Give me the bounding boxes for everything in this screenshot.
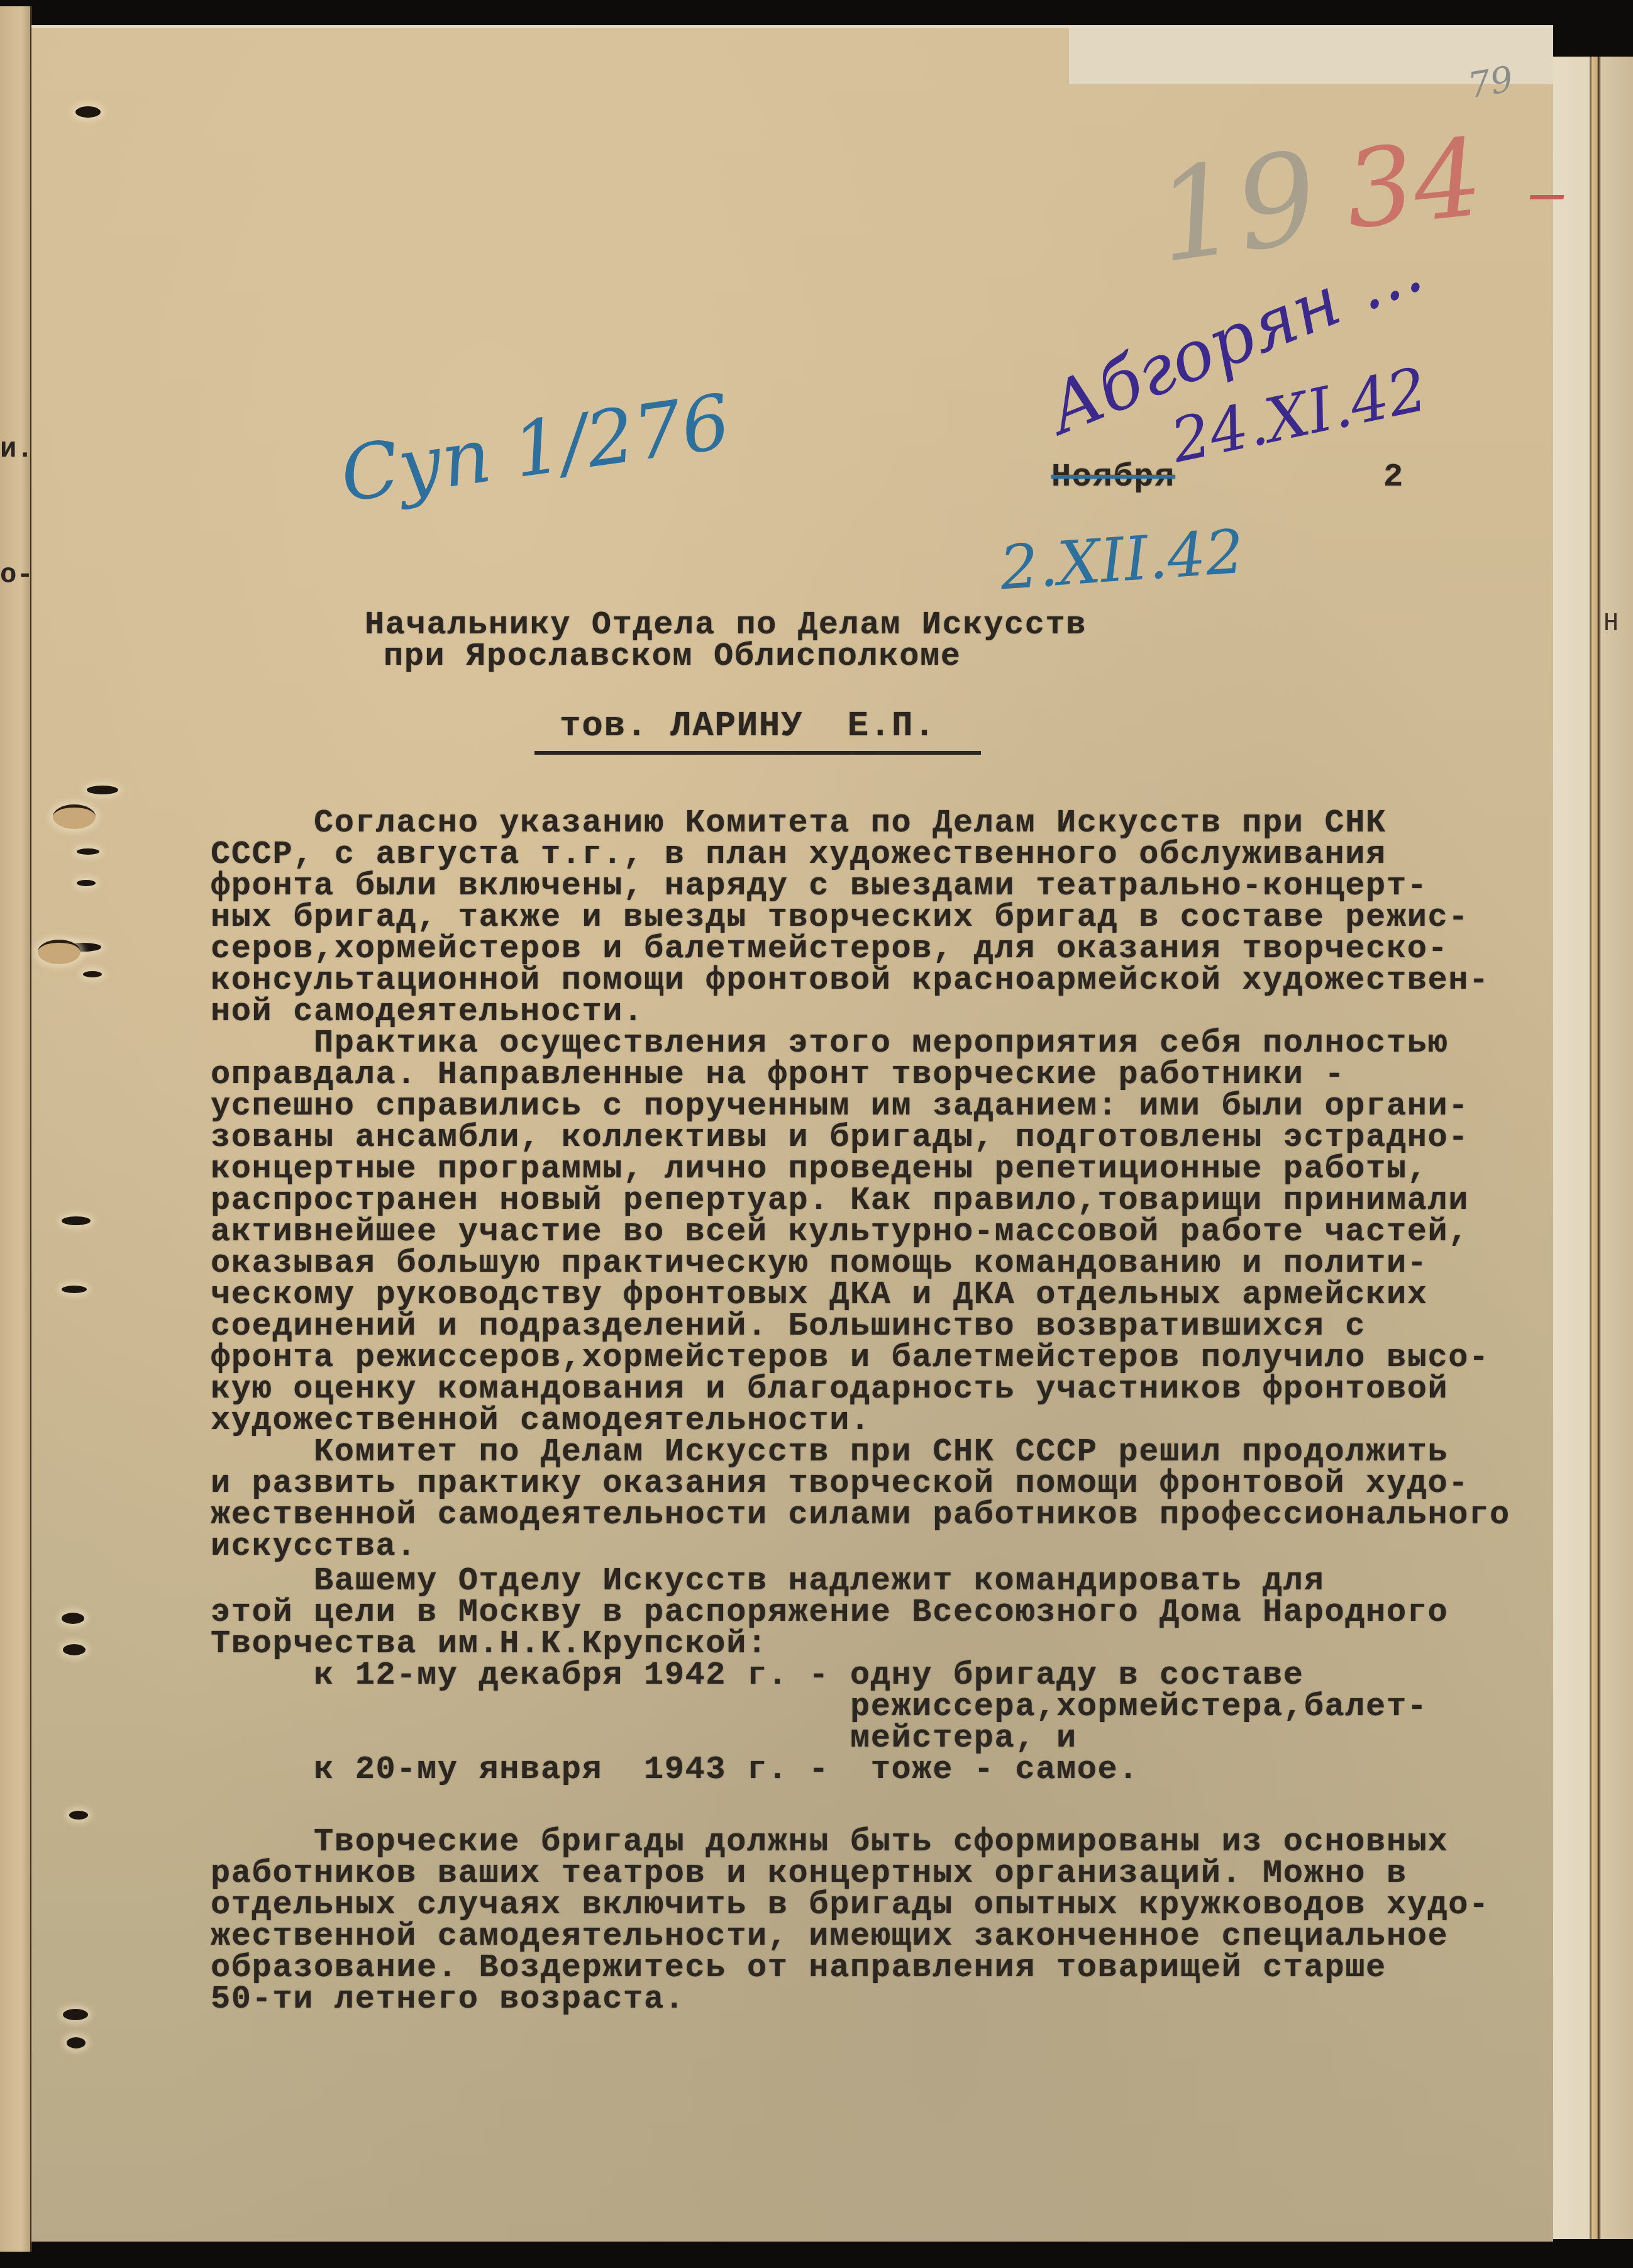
left-page-fragment: о- (0, 560, 33, 591)
text-line: кую оценку командования и благодарность … (211, 1374, 1448, 1405)
old-number-red: 34 (1339, 115, 1488, 253)
text-line: Комитет по Делам Искусств при СНК СССР р… (211, 1437, 1448, 1468)
text-line: 50-ти летнего возраста. (211, 1984, 685, 2015)
addressee-underline (534, 751, 981, 755)
document-sheet: 79 19 34 — Суп 1/276 Абгорян ... 24.XI.4… (31, 25, 1553, 2242)
punch-hole (53, 804, 96, 829)
sheet-number-pencil: 79 (1465, 58, 1516, 106)
text-line: ческому руководству фронтовых ДКА и ДКА … (211, 1279, 1428, 1311)
schedule-item: к 20-му января 1943 г. - тоже - самое. (211, 1754, 1139, 1786)
punch-hole (67, 2037, 86, 2048)
punch-hole (62, 1286, 87, 1293)
text-line: ных бригад, также и выезды творческих бр… (211, 902, 1469, 933)
text-line: ной самодеятельности. (211, 996, 644, 1028)
text-line: художественной самодеятельности. (211, 1405, 871, 1437)
text-line: отдельных случаях включить в бригады опы… (211, 1889, 1490, 1921)
schedule-item: к 12-му декабря 1942 г. - одну бригаду в… (211, 1660, 1304, 1691)
punch-hole (63, 1644, 86, 1655)
red-tick-mark: — (1528, 172, 1566, 216)
text-line: активнейшее участие во всей культурно-ма… (211, 1216, 1469, 1248)
corrected-date: 2.XII.42 (998, 516, 1246, 604)
text-line: Практика осуществления этого мероприятия… (211, 1028, 1448, 1059)
punch-hole (77, 880, 96, 886)
schedule-item: мейстера, и (211, 1723, 1077, 1754)
punch-hole (62, 1216, 91, 1225)
month-struck: Ноября (1051, 462, 1175, 493)
punch-hole (87, 786, 118, 794)
text-line: соединений и подразделений. Большинство … (211, 1311, 1366, 1342)
text-line: образование. Воздержитесь от направления… (211, 1952, 1387, 1984)
right-page-fragment: Н (1603, 610, 1619, 638)
text-line: зованы ансамбли, коллективы и бригады, п… (211, 1122, 1469, 1153)
text-line: и развить практику оказания творческой п… (211, 1468, 1469, 1499)
text-line: консультационной помощи фронтовой красно… (211, 965, 1490, 996)
text-line: этой цели в Москву в распоряжение Всесою… (211, 1597, 1448, 1628)
text-line: Творчества им.Н.К.Крупской: (211, 1628, 768, 1660)
addressee-name: тов. ЛАРИНУ Е.П. (560, 710, 936, 742)
punch-hole (75, 106, 101, 118)
text-line: концертные программы, лично проведены ре… (211, 1153, 1428, 1185)
text-line: жественной самодеятельности силами работ… (211, 1499, 1510, 1531)
schedule-item: режиссера,хормейстера,балет- (211, 1691, 1428, 1723)
text-line: СССР, с августа т.г., в план художествен… (211, 839, 1387, 870)
day-number: 2 (1383, 462, 1404, 493)
text-line: успешно справились с порученным им задан… (211, 1091, 1469, 1122)
text-line: оправдала. Направленные на фронт творчес… (211, 1059, 1345, 1091)
text-line: Согласно указанию Комитета по Делам Иску… (211, 808, 1387, 839)
punch-hole (62, 1613, 84, 1624)
right-page-stack: Н (1553, 57, 1633, 2239)
left-page-fragment: и. (0, 434, 33, 465)
old-number-pencil: 19 (1148, 124, 1326, 291)
text-line: распространен новый репертуар. Как прави… (211, 1185, 1469, 1216)
addressee-line-2: при Ярославском Облисполкоме (384, 641, 961, 672)
text-line: фронта были включены, наряду с выездами … (211, 870, 1428, 902)
text-line: оказывая большую практическую помощь ком… (211, 1248, 1428, 1279)
text-line: жественной самодеятельности, имеющих зак… (211, 1921, 1448, 1952)
text-line: фронта режиссеров,хормейстеров и балетме… (211, 1342, 1490, 1374)
punch-hole (69, 1811, 88, 1820)
left-adjacent-page: и. о- (0, 6, 32, 2252)
text-line: Творческие бригады должны быть сформиров… (211, 1826, 1448, 1858)
addressee-line-1: Начальнику Отдела по Делам Искусств (365, 609, 1087, 641)
text-line: серов,хормейстеров и балетмейстеров, для… (211, 933, 1448, 965)
punch-hole (63, 2009, 88, 2020)
text-line: Вашему Отделу Искусств надлежит командир… (211, 1565, 1324, 1597)
punch-hole (83, 971, 102, 977)
text-line: искусства. (211, 1531, 417, 1562)
punch-hole (38, 940, 80, 964)
text-line: работников ваших театров и концертных ор… (211, 1858, 1407, 1889)
registration-number: Суп 1/276 (335, 378, 735, 519)
punch-hole (77, 848, 99, 855)
